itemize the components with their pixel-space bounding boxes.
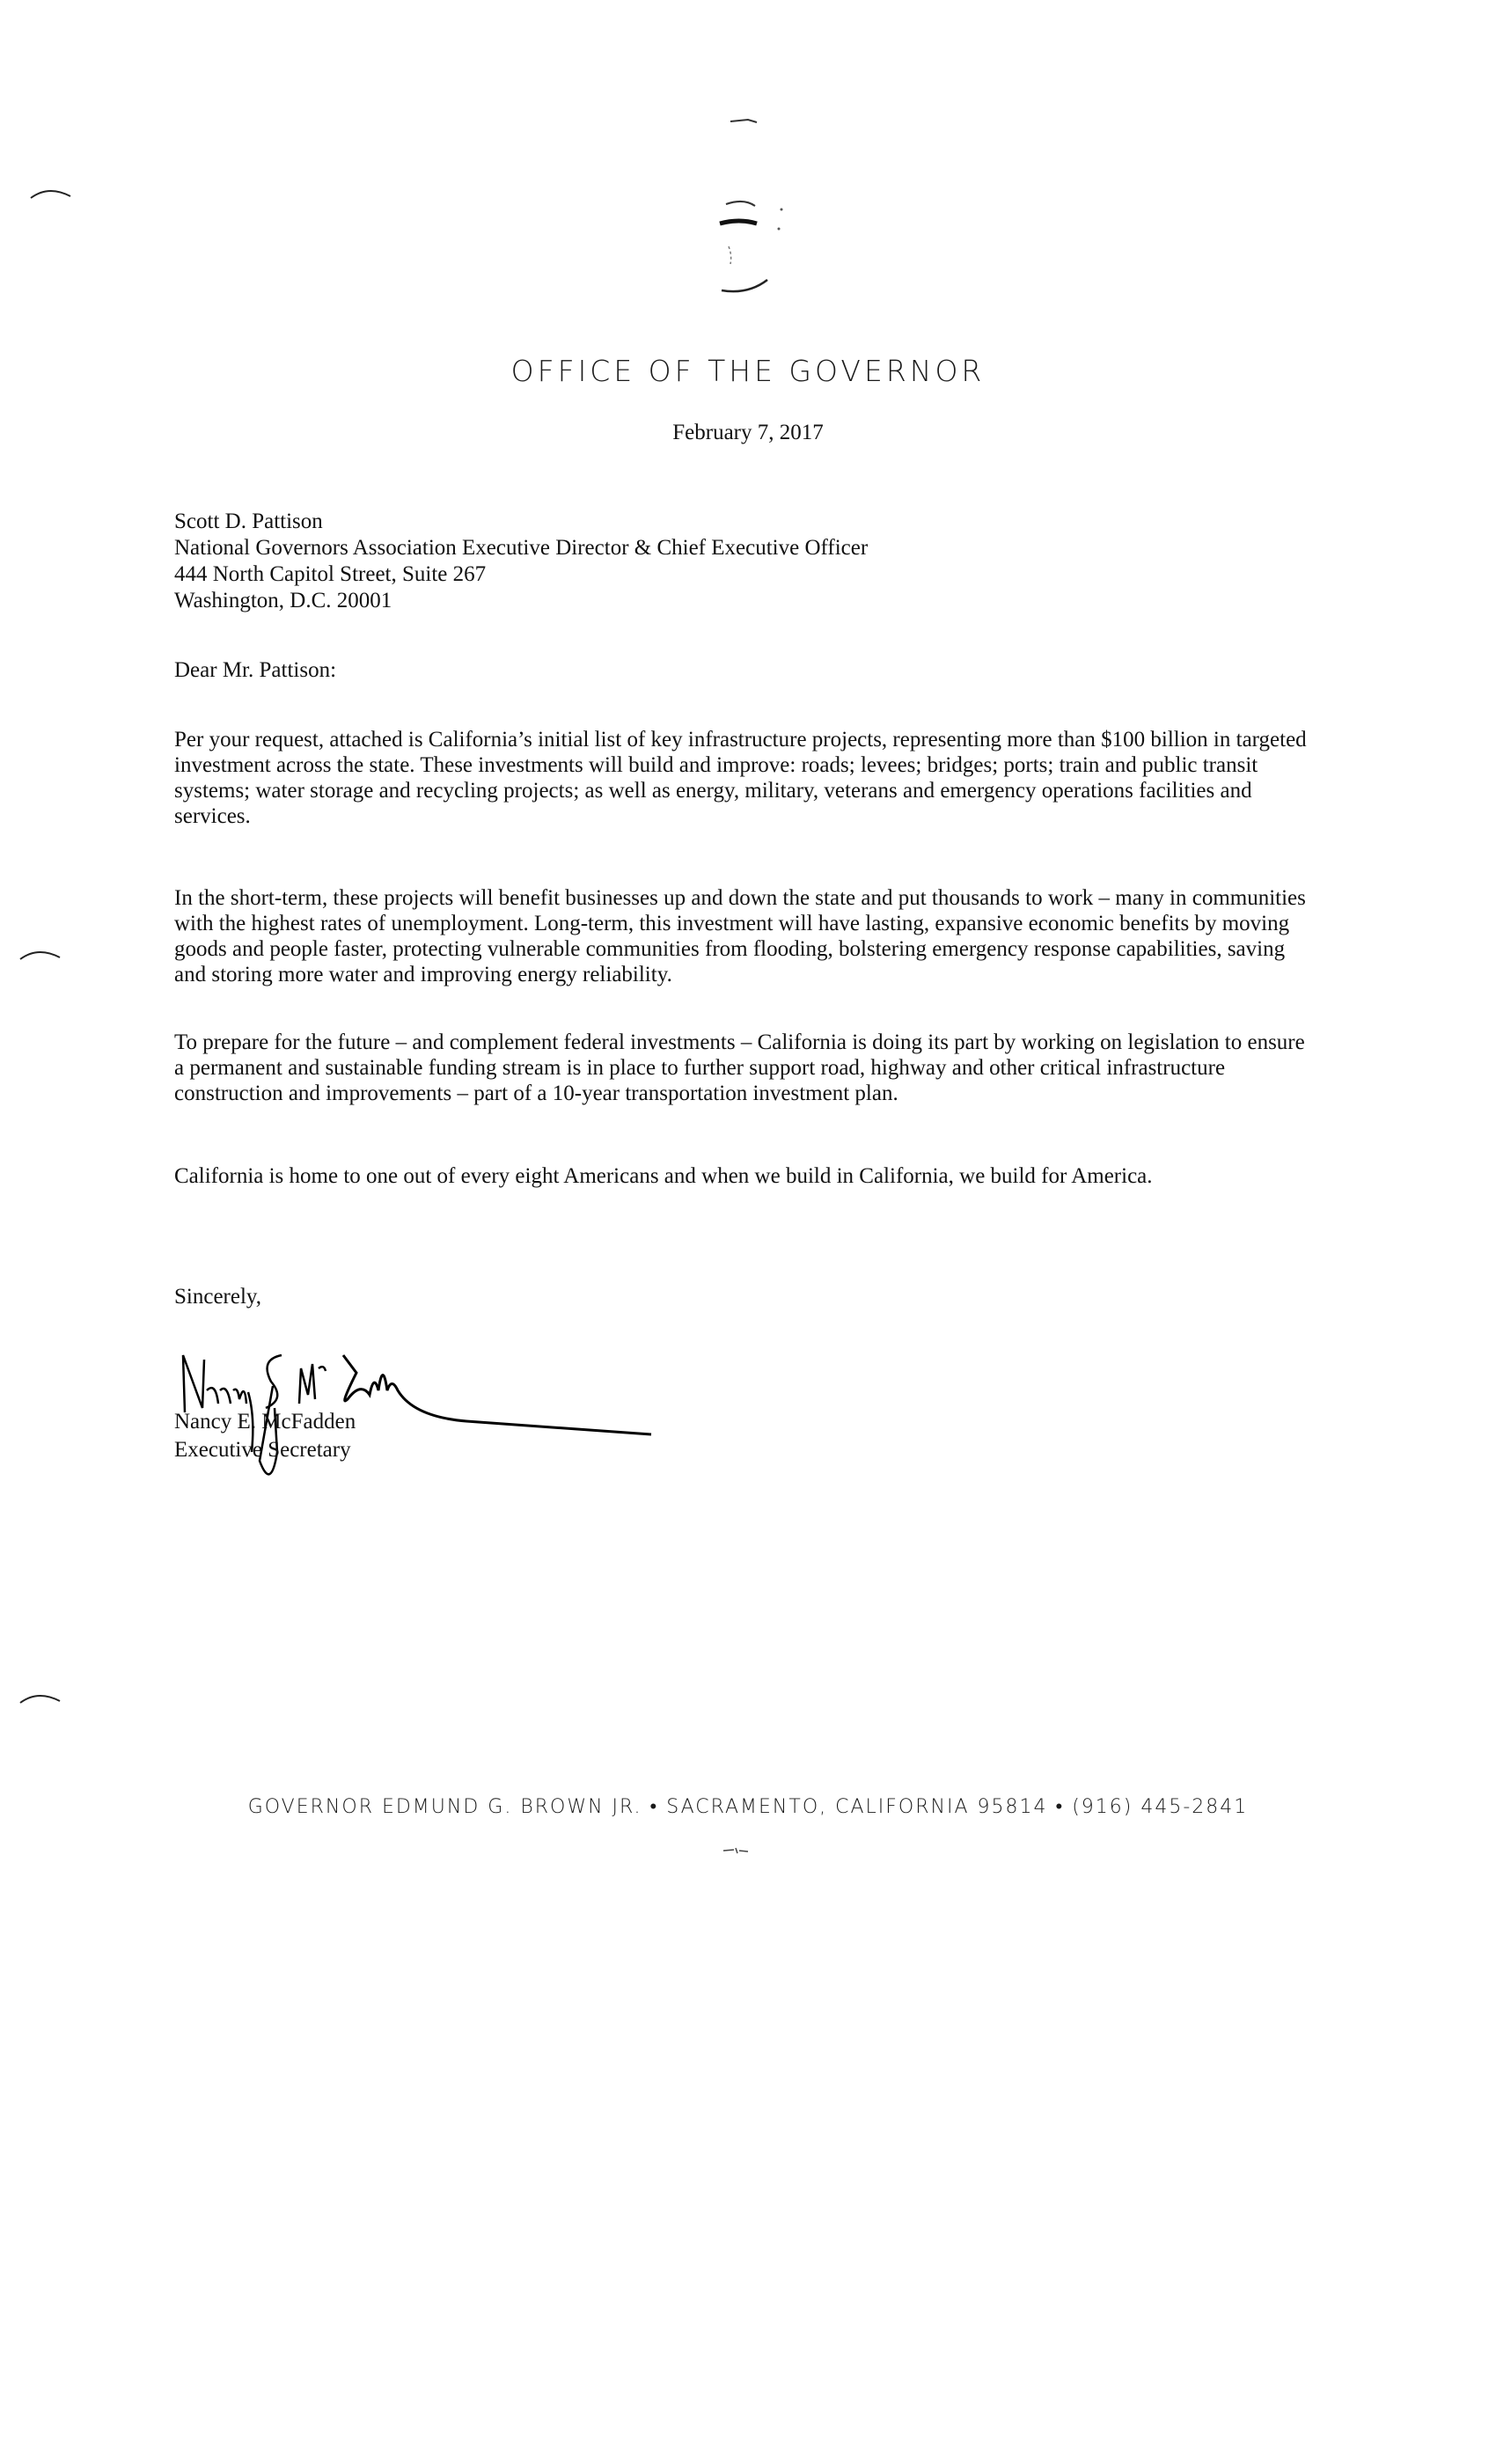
signer-name: Nancy E. McFadden xyxy=(174,1408,356,1436)
body-paragraph: To prepare for the future – and compleme… xyxy=(174,1030,1309,1106)
body-paragraph: California is home to one out of every e… xyxy=(174,1163,1309,1189)
closing: Sincerely, xyxy=(174,1285,261,1309)
recipient-city: Washington, D.C. 20001 xyxy=(174,588,868,614)
signer-title: Executive Secretary xyxy=(174,1436,356,1464)
punch-hole-mark-icon xyxy=(26,180,79,207)
body-paragraph: In the short-term, these projects will b… xyxy=(174,885,1309,987)
punch-hole-mark-icon xyxy=(16,1685,69,1712)
recipient-address: Scott D. Pattison National Governors Ass… xyxy=(174,509,868,614)
body-paragraph: Per your request, attached is California… xyxy=(174,727,1309,829)
signature-block: Nancy E. McFadden Executive Secretary xyxy=(174,1408,356,1464)
letterhead-title: OFFICE OF THE GOVERNOR xyxy=(0,354,1496,388)
salutation: Dear Mr. Pattison: xyxy=(174,658,336,683)
scan-speck-icon xyxy=(722,1846,757,1855)
recipient-name: Scott D. Pattison xyxy=(174,509,868,535)
state-seal-icon xyxy=(713,114,818,308)
recipient-title: National Governors Association Executive… xyxy=(174,535,868,561)
punch-hole-mark-icon xyxy=(16,942,69,968)
letterhead-footer: GOVERNOR EDMUND G. BROWN JR. • SACRAMENT… xyxy=(0,1795,1496,1818)
recipient-street: 444 North Capitol Street, Suite 267 xyxy=(174,561,868,588)
letter-date: February 7, 2017 xyxy=(0,421,1496,445)
